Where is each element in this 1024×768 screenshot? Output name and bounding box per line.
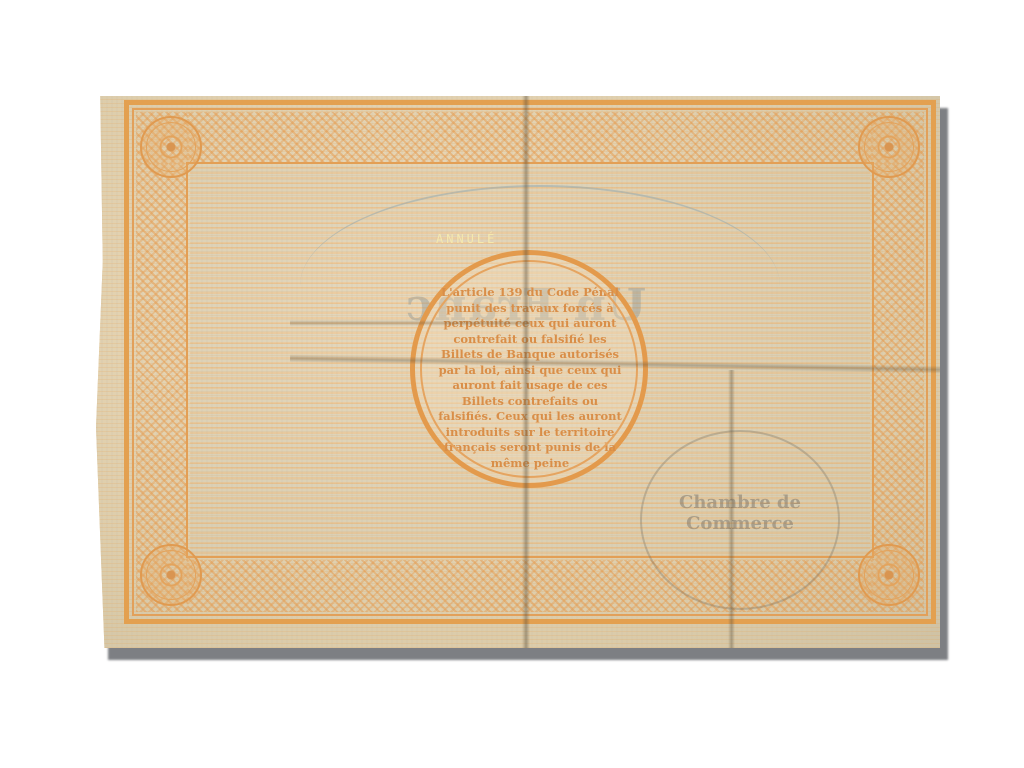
- penalty-text: L'article 139 du Code Pénal punit des tr…: [435, 285, 625, 471]
- fold-crease-vertical-2: [728, 370, 735, 648]
- fold-crease-horizontal-2: [290, 320, 530, 326]
- ink-stamp: Chambre de Commerce: [640, 430, 840, 610]
- perforation: ANNULÉ: [436, 232, 497, 246]
- corner-rosette-bottom-right: [858, 544, 920, 606]
- stamp-text: Chambre de Commerce: [642, 492, 838, 534]
- corner-rosette-top-left: [140, 116, 202, 178]
- corner-rosette-top-right: [858, 116, 920, 178]
- corner-rosette-bottom-left: [140, 544, 202, 606]
- fold-crease-vertical: [522, 96, 530, 648]
